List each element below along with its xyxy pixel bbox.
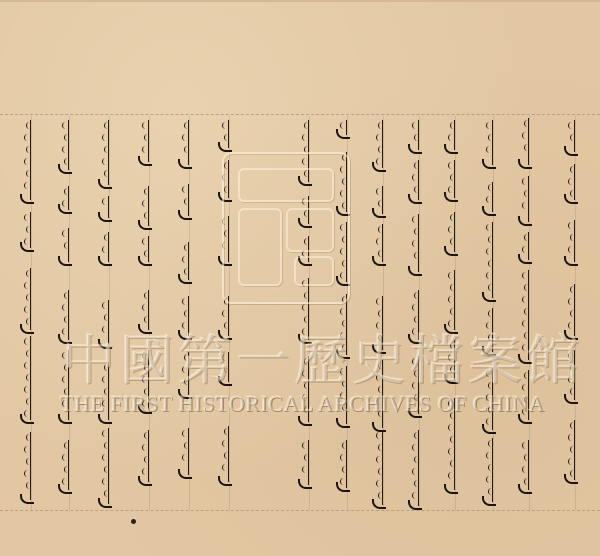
watermark-chinese: 中國第一歷史檔案館 bbox=[62, 318, 542, 395]
top-margin-rule bbox=[0, 114, 600, 115]
bottom-margin-rule bbox=[0, 510, 600, 511]
archive-seal-emblem-icon bbox=[222, 152, 350, 304]
ink-spot bbox=[131, 519, 136, 524]
watermark-english: THE FIRST HISTORICAL ARCHIVES OF CHINA bbox=[60, 391, 540, 417]
page-top-edge bbox=[0, 0, 600, 2]
